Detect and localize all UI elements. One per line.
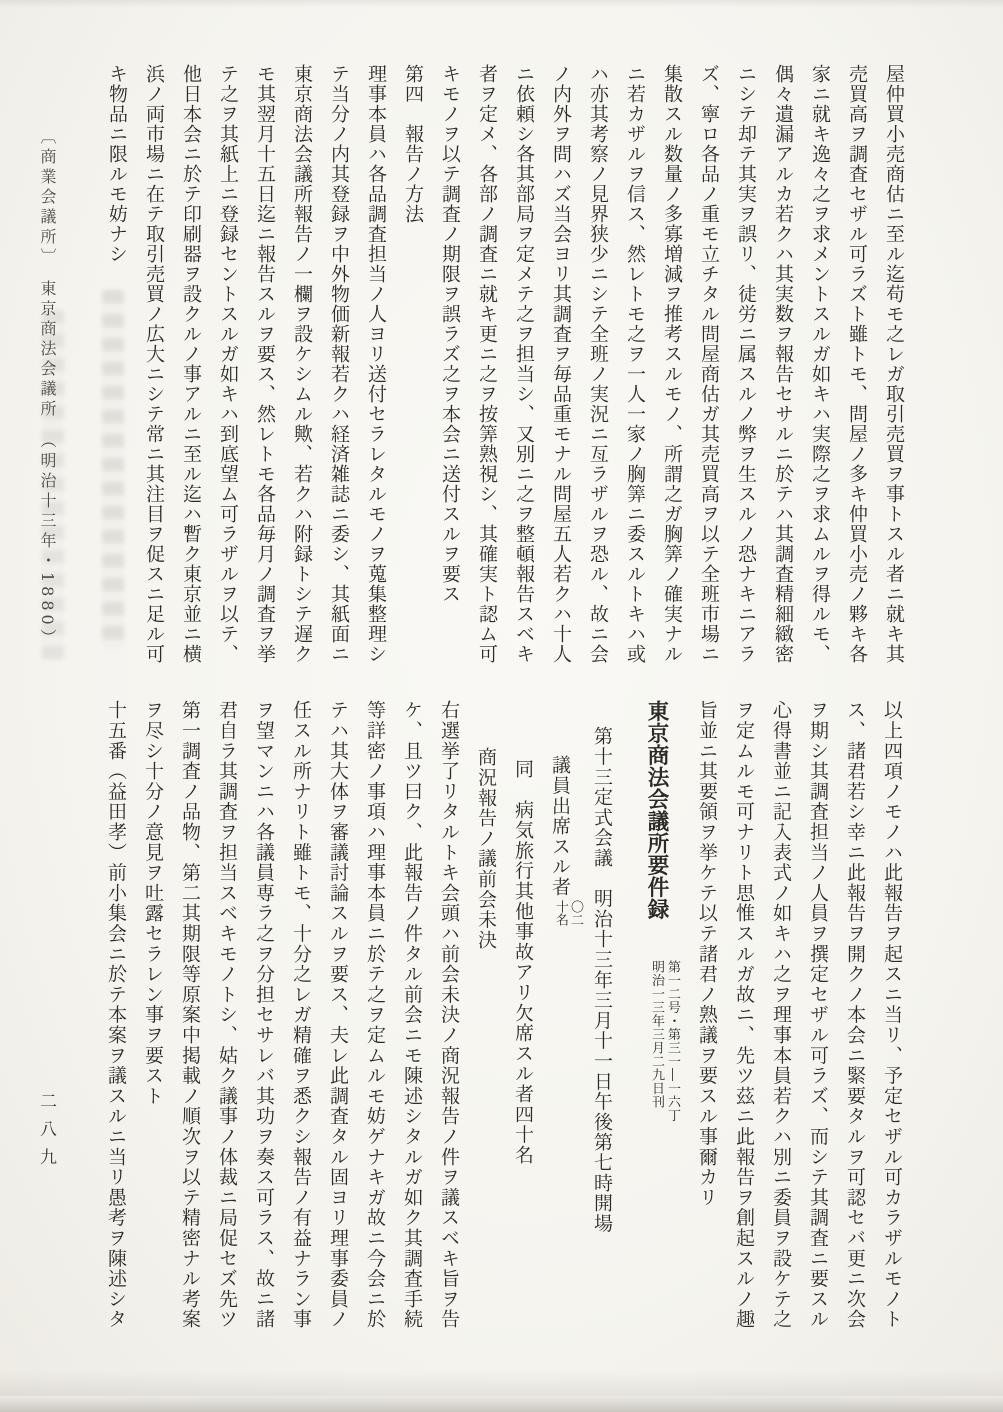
text-column: 商況報告ノ議前会未決: [467, 700, 504, 1352]
scan-edge-top: [0, 0, 1003, 8]
ink-bleedthrough-smudge: [42, 310, 64, 660]
text-column: モ其翌月十五日迄ニ報告スルヲ要ス、然レトモ各品毎月ノ調査ヲ挙: [246, 64, 283, 676]
text-column: ニシテ却テ其実ヲ誤リ、徒労ニ属スルノ弊ヲ生スルノ恐ナキニアラ: [727, 64, 764, 676]
text-column: 東京商法会議所報告ノ一欄ヲ設ケシムル歟、若クハ附録トシテ遅ク: [283, 64, 320, 676]
text-column: ス、諸君若シ幸ニ此報告ヲ開クノ本会ニ緊要タルヲ可認セバ更ニ次会: [836, 700, 873, 1352]
text-column: 以上四項ノモノハ此報告ヲ起スニ当リ、予定セザル可カラザルモノト: [873, 700, 910, 1352]
text-column: ヲ尽シ十分ノ意見ヲ吐露セラレン事ヲ要スト: [134, 700, 171, 1352]
text-column: 集散スル数量ノ多寡増減ヲ推考スルモノ、所謂之ガ胸筭ノ確実ナル: [653, 64, 690, 676]
text-column: 他日本会ニ於テ印刷器ヲ設クルノ事アルニ至ル迄ハ暫ク東京並ニ横: [172, 64, 209, 676]
scanned-page: { "colors": { "paper": "#f6f5f1", "ink":…: [0, 0, 1003, 1412]
text-column: ヲ定ムルモ可ナリト思惟スルガ故ニ、先ツ茲ニ此報告ヲ創起スルノ趣: [725, 700, 762, 1352]
text-column: 右選挙了リタルトキ会頭ハ前会未決ノ商況報告ノ件ヲ議スベキ旨ヲ告: [430, 700, 467, 1352]
attendee-count-inline-note: 〇二十名: [553, 900, 583, 926]
text-column: 家ニ就キ逸々之ヲ求メントスルガ如キハ実際之ヲ求ムルヲ得ルモ、: [801, 64, 838, 676]
text-column: 屋仲買小売商估ニ至ル迄苟モ之レガ取引売買ヲ事トスル者ニ就キ其: [875, 64, 912, 676]
ink-bleedthrough-smudge: [102, 290, 124, 650]
text-column: ヲ望マンニハ各議員専ラ之ヲ分担セサレバ其功ヲ奏ス可ラス、故ニ諸: [245, 700, 282, 1352]
scan-shadow-bottom: [0, 1370, 1003, 1396]
text-column: 売買高ヲ調査セザル可ラズト雖トモ、問屋ノ多キ仲買小売ノ夥キ各: [838, 64, 875, 676]
text-column: 心得書並ニ記入表式ノ如キハ之ヲ理事本員若クハ別ニ委員ヲ設ケテ之: [762, 700, 799, 1352]
text-column: ズ、寧ロ各品ノ重モ立チタル問屋商估ガ其売買高ヲ以テ全班市場ニ: [690, 64, 727, 676]
text-column: テハ其大体ヲ審議討論スルヲ要ス、夫レ此調査タル固ヨリ理事委員ノ: [319, 700, 356, 1352]
text-column: テ之ヲ其紙上ニ登録セントスルガ如キハ到底望ム可ラザルヲ以テ、: [209, 64, 246, 676]
publication-title-line: 東京商法会議所要件録第一二号・第三一―一六丁明治一三年三月二九日刊: [629, 700, 683, 1352]
text-column: 同 病気旅行其他事故アリ欠席スル者四十名: [504, 700, 541, 1352]
section-heading: 第四 報告ノ方法: [394, 64, 431, 676]
text-column: 偶々遺漏アルカ若クハ其実数ヲ報告セサルニ於テハ其調査精細緻密: [764, 64, 801, 676]
text-column: テ当分ノ内其登録ヲ中外物価新報若クハ経済雑誌ニ委シ、其紙面ニ: [320, 64, 357, 676]
text-column: 第一調査ノ品物、第二其期限等原案中掲載ノ順次ヲ以テ精密ナル考案: [171, 700, 208, 1352]
text-column: ヲ期シ其調査担当ノ人員ヲ撰定セザル可ラズ、而シテ其調査ニ要スル: [799, 700, 836, 1352]
bottom-text-block: 以上四項ノモノハ此報告ヲ起スニ当リ、予定セザル可カラザルモノトス、諸君若シ幸ニ此…: [97, 700, 910, 1352]
text-column: ハ亦其考察ノ見界狭少ニシテ全班ノ実況ニ亙ラザルヲ恐ル、故ニ会: [579, 64, 616, 676]
issue-note-line: 第一二号・第三一―一六丁: [664, 960, 680, 1122]
text-column: 十五番（益田孝）前小集会ニ於テ本案ヲ議スルニ当リ愚考ヲ陳述シタ: [97, 700, 134, 1352]
page-number: 二八九: [34, 1092, 59, 1176]
text-column: 任スル所ナリト雖トモ、十分之レガ精確ヲ悉クシ報告ノ有益ナラン事: [282, 700, 319, 1352]
issue-and-date-note: 第一二号・第三一―一六丁明治一三年三月二九日刊: [648, 960, 680, 1122]
text-column: キモノヲ以テ調査ノ期限ヲ誤ラズ之ヲ本会ニ送付スルヲ要ス: [431, 64, 468, 676]
text-column: 浜ノ両市場ニ在テ取引売買ノ広大ニシテ常ニ其注目ヲ促スニ足ル可: [135, 64, 172, 676]
text-column: 議員出席スル者〇二十名: [541, 700, 583, 1352]
top-text-block: 屋仲買小売商估ニ至ル迄苟モ之レガ取引売買ヲ事トスル者ニ就キ其売買高ヲ調査セザル可…: [98, 64, 912, 676]
text-column: ノ内外ヲ問ハズ当会ヨリ其調査ヲ毎品重モナル問屋五人若クハ十人: [542, 64, 579, 676]
scan-edge-bottom: [0, 1396, 1003, 1412]
issue-note-line: 明治一三年三月二九日刊: [648, 960, 664, 1122]
text-column: 第十三定式会議 明治十三年三月十一日午後第七時開場: [583, 700, 620, 1352]
text-column: 者ヲ定メ、各部ノ調査ニ就キ更ニ之ヲ按筭熟視シ、其確実ト認ム可: [468, 64, 505, 676]
text-column: 理事本員ハ各品調査担当ノ人ヨリ送付セラレタルモノヲ蒐集整理シ: [357, 64, 394, 676]
attendee-count-line: 〇二: [568, 900, 583, 926]
text-column: ケ、且ツ曰ク、此報告ノ件タル前会ニモ陳述シタルガ如ク其調査手続: [393, 700, 430, 1352]
attendee-count-line: 十名: [553, 900, 568, 926]
text-column: 君自ラ其調査ヲ担当スベキモノトシ、姑ク議事ノ体裁ニ局促セズ先ツ: [208, 700, 245, 1352]
text-column: 等詳密ノ事項ハ理事本員ニ於テ之ヲ定ムルモ妨ゲナキガ故ニ今会ニ於: [356, 700, 393, 1352]
text-column: ニ若カザルヲ信ス、然レトモ之ヲ一人一家ノ胸筭ニ委スルトキハ或: [616, 64, 653, 676]
publication-title: 東京商法会議所要件録: [644, 700, 669, 920]
text-column: 旨並ニ其要領ヲ挙ケテ以テ諸君ノ熟議ヲ要スル事爾カリ: [688, 700, 725, 1352]
text-column: ニ依頼シ各其部局ヲ定メテ之ヲ担当シ、又別ニ之ヲ整頓報告スベキ: [505, 64, 542, 676]
